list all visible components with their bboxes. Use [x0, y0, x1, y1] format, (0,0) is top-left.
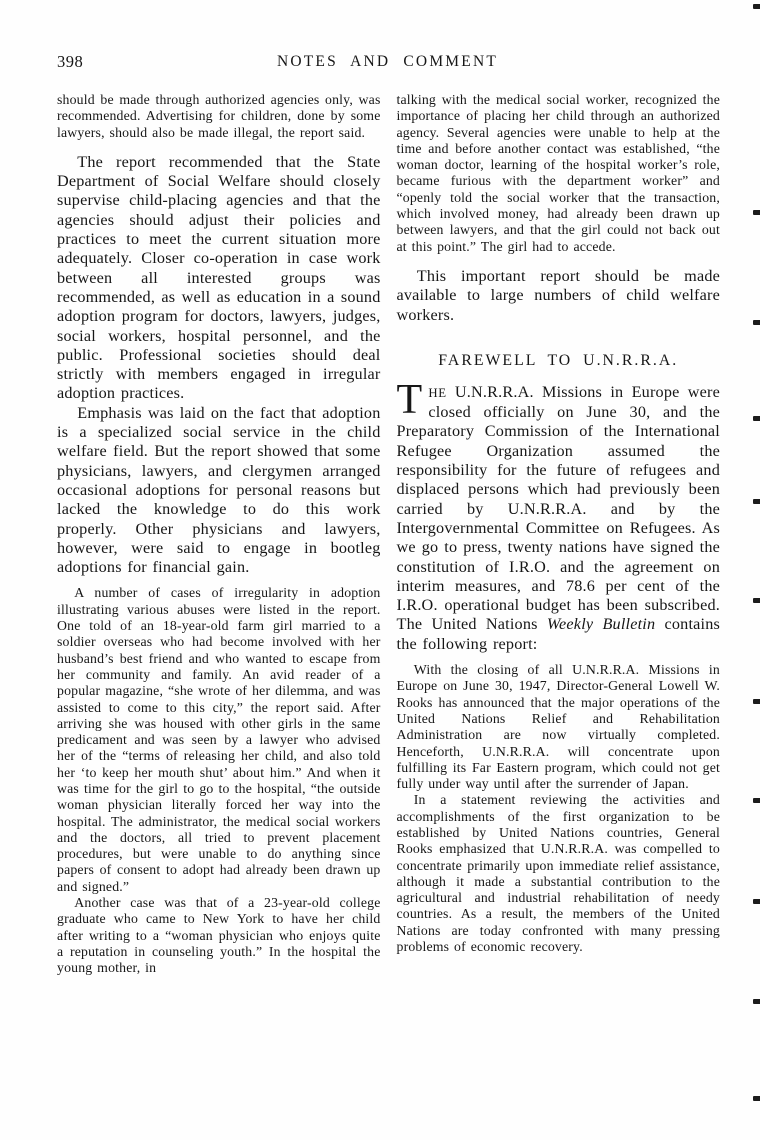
left-column: should be made through authorized agenci… — [57, 92, 381, 977]
scanned-journal-page: 398 NOTES AND COMMENT should be made thr… — [0, 0, 760, 1140]
paragraph-left-case-college-graduate: Another case was that of a 23-year-old c… — [57, 895, 381, 976]
scan-artifact-mark — [753, 210, 760, 215]
paragraph-right-continuation: talking with the medical social worker, … — [397, 92, 721, 255]
paragraph-left-emphasis: Emphasis was laid on the fact that adopt… — [57, 404, 381, 578]
paragraph-right-rooks-statement: In a statement reviewing the activities … — [397, 792, 721, 955]
scan-artifact-mark — [753, 4, 760, 9]
paragraph-left-continuation: should be made through authorized agenci… — [57, 92, 381, 141]
scan-artifact-mark — [753, 798, 760, 803]
italic-publication-title: Weekly Bulletin — [547, 615, 655, 633]
scan-artifact-mark — [753, 899, 760, 904]
page-header: 398 NOTES AND COMMENT — [57, 52, 718, 74]
scan-artifact-mark — [753, 999, 760, 1004]
paragraph-right-unrra-missions: THE U.N.R.R.A. Missions in Europe were c… — [397, 383, 721, 654]
scan-artifact-mark — [753, 598, 760, 603]
paragraph-text-run: U.N.R.R.A. Missions in Europe were close… — [397, 383, 721, 634]
scan-artifact-mark — [753, 1096, 760, 1101]
drop-cap-letter: T — [397, 383, 429, 416]
right-column: talking with the medical social worker, … — [397, 92, 721, 977]
scan-artifact-mark — [753, 416, 760, 421]
paragraph-left-report-recommendation: The report recommended that the State De… — [57, 153, 381, 404]
running-title: NOTES AND COMMENT — [57, 53, 718, 71]
lead-small-caps: HE — [428, 386, 446, 400]
paragraph-left-case-farm-girl: A number of cases of irregularity in ado… — [57, 585, 381, 895]
section-heading-farewell-unrra: FAREWELL TO U.N.R.R.A. — [397, 352, 721, 370]
scan-artifact-mark — [753, 699, 760, 704]
scan-artifact-mark — [753, 499, 760, 504]
paragraph-right-important-report: This important report should be made ava… — [397, 267, 721, 325]
text-columns: should be made through authorized agenci… — [57, 92, 720, 977]
paragraph-right-closing-report: With the closing of all U.N.R.R.A. Missi… — [397, 662, 721, 792]
scan-artifact-mark — [753, 320, 760, 325]
